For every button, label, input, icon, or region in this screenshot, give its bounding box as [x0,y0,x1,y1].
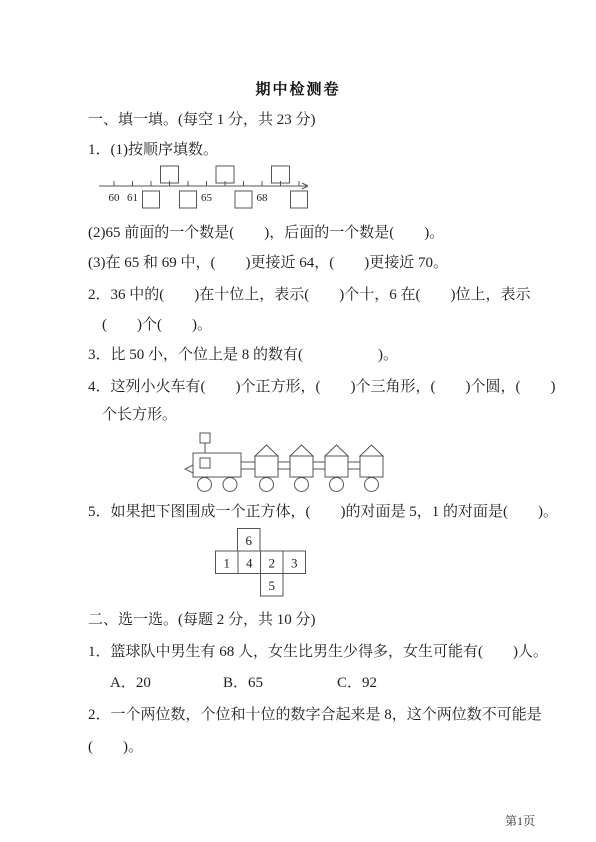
tick-label-60: 60 [109,192,121,204]
net-number-1: 1 [224,556,231,571]
tick-label-65: 65 [201,192,213,204]
q1-part3: (3)在 65 和 69 中，( )更接近 64，( )更接近 70。 [88,253,448,273]
section2-heading: 二、选一选。(每题 2 分，共 10 分) [88,610,316,630]
car-wheel-circle [365,478,379,492]
car-roof-triangle [290,445,313,456]
numberline-figure: 60 61 65 68 [96,160,320,212]
page-number: 第1页 [505,812,535,829]
engine-window-square [200,458,210,468]
net-number-2: 2 [269,556,276,571]
s2-q1: 1．篮球队中男生有 68 人，女生比男生少得多，女生可能有( )人。 [88,642,548,662]
cube-net-figure: 6 1 4 2 3 5 [215,528,307,597]
car-roof-triangle [325,445,348,456]
net-number-6: 6 [246,533,253,548]
car-body-square [325,456,348,477]
answer-box-above [272,166,290,183]
q2-line1: 2．36 中的( )在十位上，表示( )个十，6 在( )位上，表示 [88,285,530,305]
q5: 5．如果把下图围成一个正方体，( )的对面是 5，1 的对面是( )。 [88,502,558,522]
q2-line2: ( )个( )。 [102,315,212,335]
net-number-4: 4 [246,556,253,571]
car-roof-triangle [255,445,278,456]
engine-wheel-circle [223,478,237,492]
coupling [348,462,360,469]
car-wheel-circle [330,478,344,492]
s2-q2-line2: ( )。 [88,737,143,757]
option-c: C．92 [337,673,377,693]
worksheet-page: 期中检测卷 一、填一填。(每空 1 分，共 23 分) 1．(1)按顺序填数。 [0,0,596,842]
q4-line1: 4．这列小火车有( )个正方形，( )个三角形，( )个圆，( ) [88,377,555,397]
car-wheel-circle [260,478,274,492]
q1-part2: (2)65 前面的一个数是( )，后面的一个数是( )。 [88,223,444,243]
net-number-3: 3 [291,556,298,571]
coupling [278,462,290,469]
answer-box-below [291,191,308,208]
coupling [313,462,325,469]
tick-label-61: 61 [127,192,138,204]
s2-q2-line1: 2．一个两位数，个位和十位的数字合起来是 8，这个两位数不可能是 [88,705,542,725]
option-b: B．65 [223,673,263,693]
coupling [241,462,255,469]
car-wheel-circle [295,478,309,492]
section1-heading: 一、填一填。(每空 1 分，共 23 分) [88,110,316,130]
q4-line2: 个长方形。 [102,405,177,425]
answer-box-below [180,191,197,208]
chimney-square [200,433,210,443]
car-body-square [360,456,383,477]
net-number-5: 5 [269,578,276,593]
car-body-square [290,456,313,477]
car-roof-triangle [360,445,383,456]
answer-box-below [143,191,160,208]
option-a: A．20 [110,673,151,693]
q1-part1: 1．(1)按顺序填数。 [88,140,218,160]
page-title: 期中检测卷 [0,78,596,99]
engine-front-triangle [185,465,193,473]
answer-box-above [161,166,179,183]
tick-label-68: 68 [257,192,269,204]
engine-wheel-circle [198,478,212,492]
answer-box-above [216,166,234,183]
car-body-square [255,456,278,477]
q3: 3．比 50 小，个位上是 8 的数有( )。 [88,345,398,365]
train-figure [183,428,391,494]
answer-box-below [235,191,252,208]
